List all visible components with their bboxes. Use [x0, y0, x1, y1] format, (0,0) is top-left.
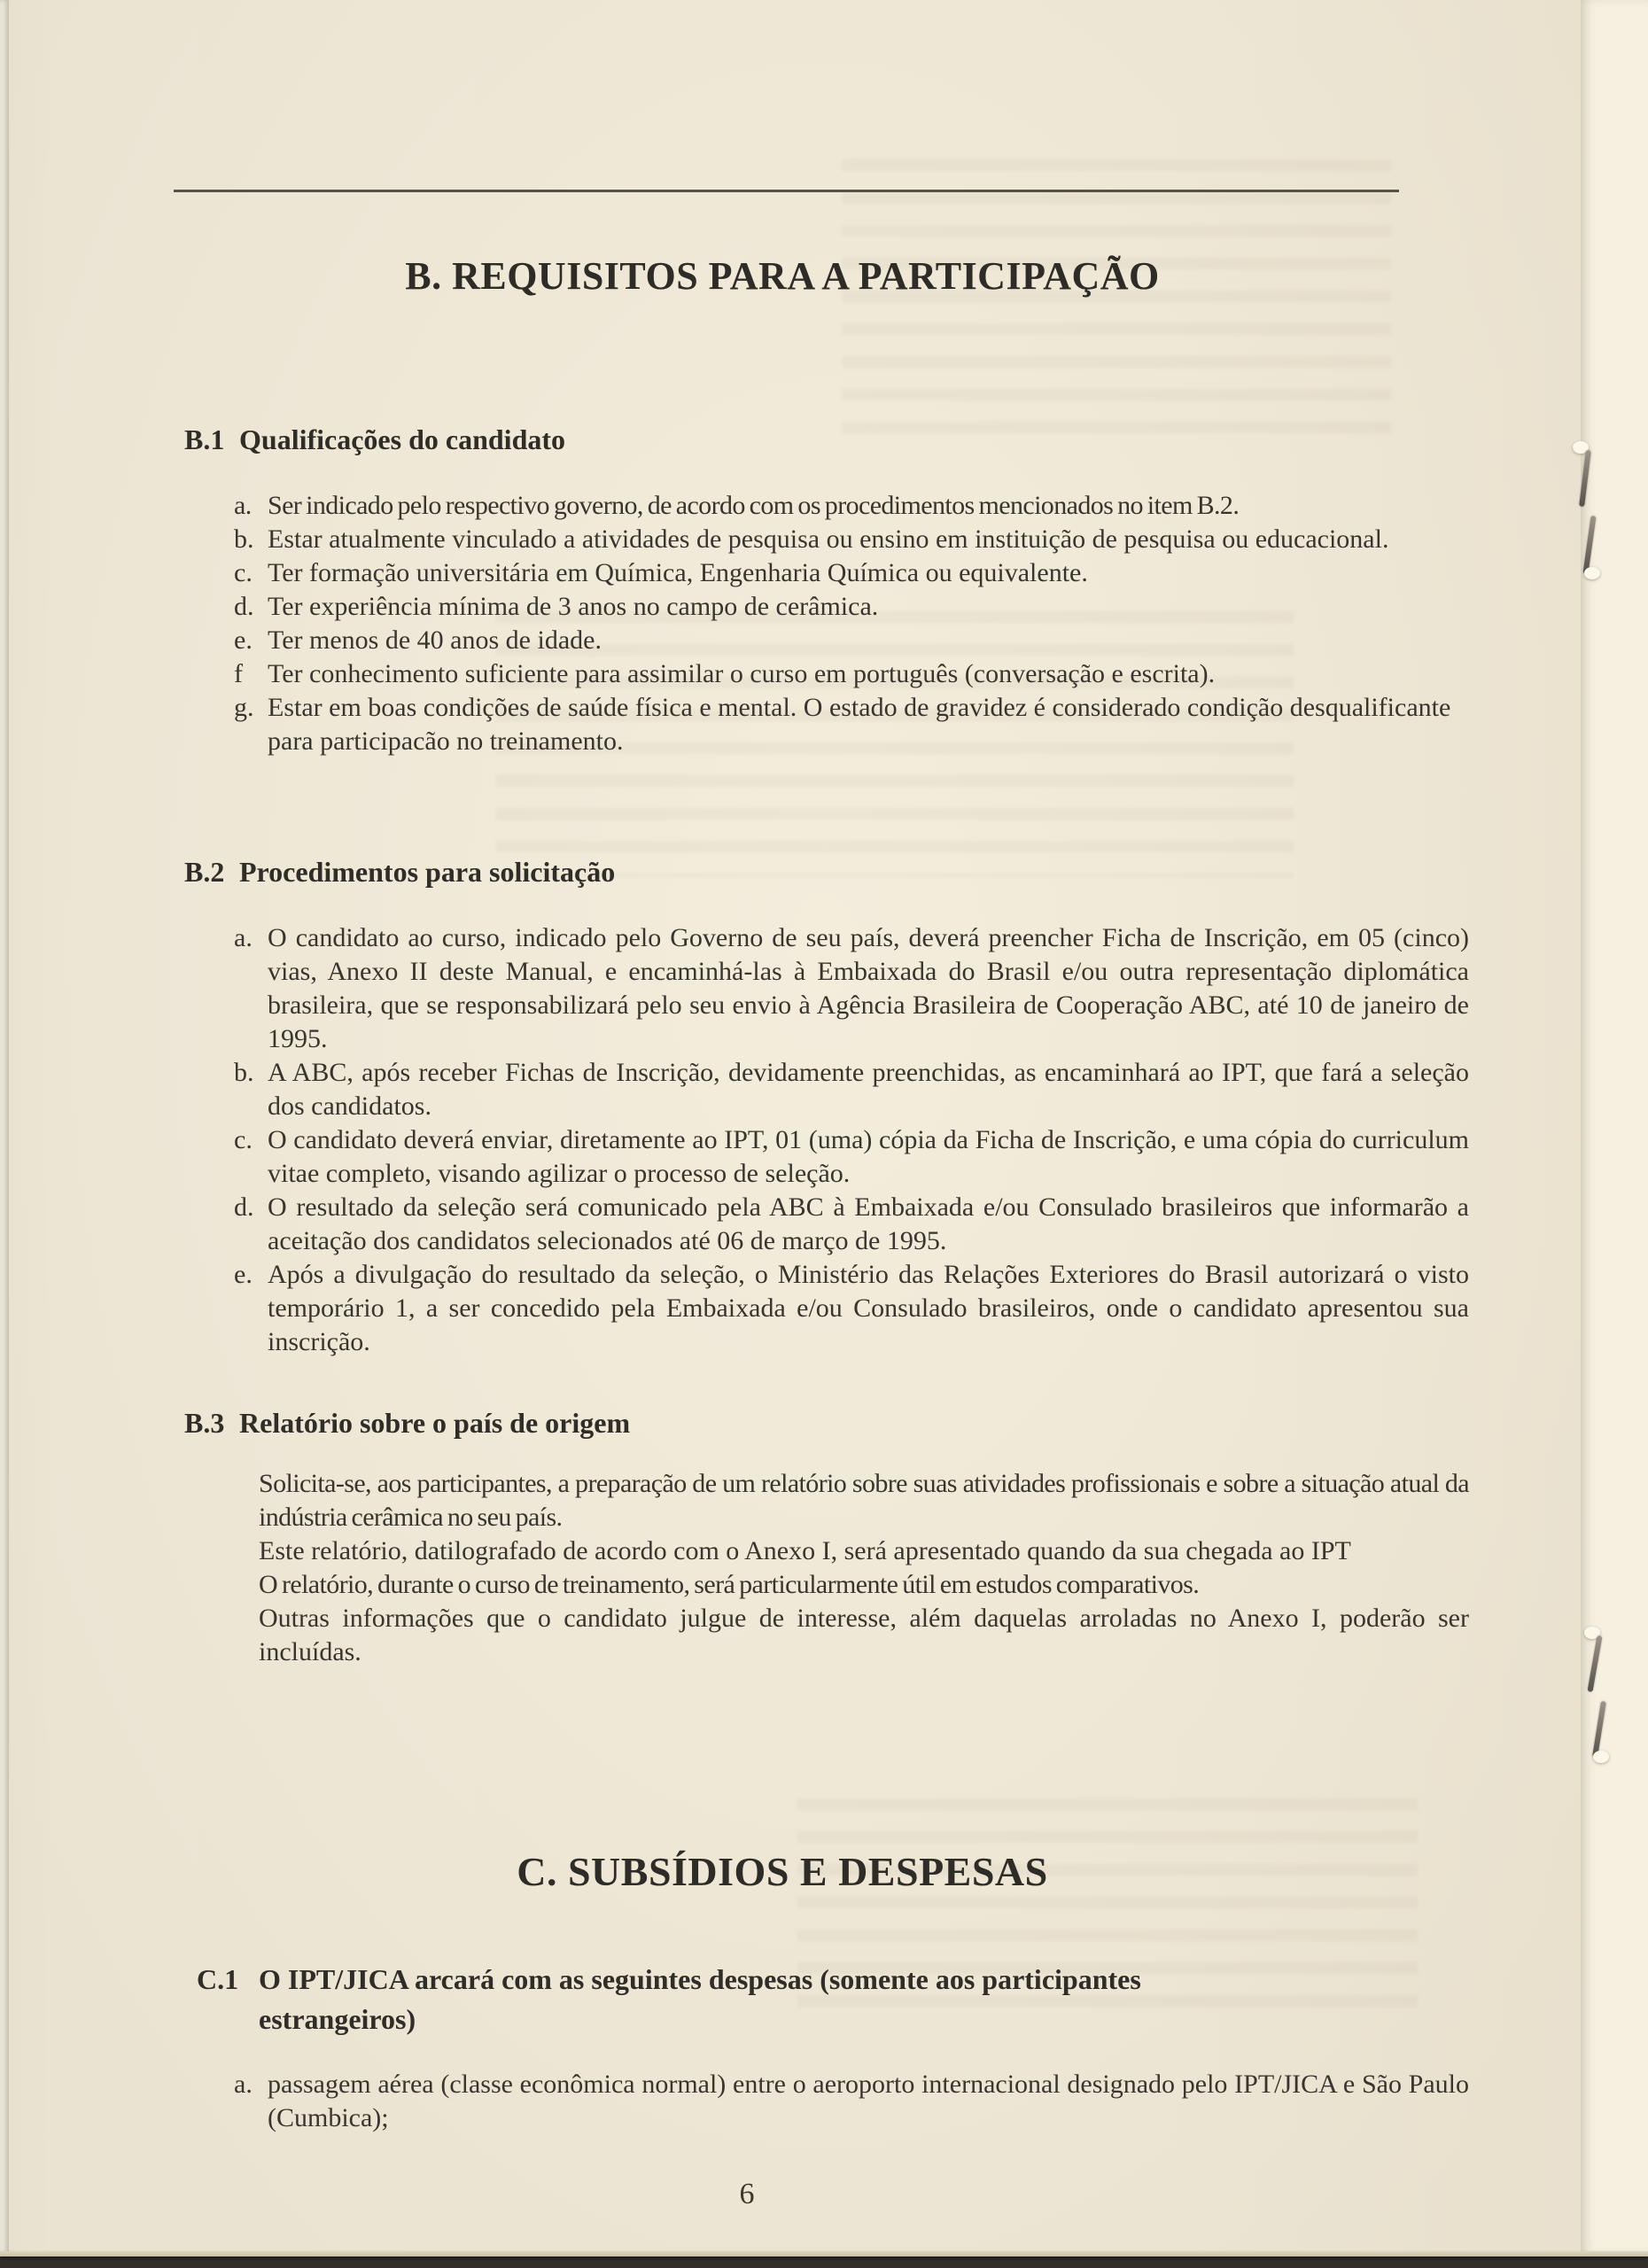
list-item: c.Ter formação universitária em Química,… [229, 556, 1469, 590]
heading-b3-number: B.3 [184, 1407, 239, 1440]
item-text: Ter experiência mínima de 3 anos no camp… [268, 592, 878, 621]
item-marker: g. [234, 691, 254, 725]
heading-b2-number: B.2 [184, 856, 239, 889]
section-c-title: C. SUBSÍDIOS E DESPESAS [184, 1848, 1380, 1895]
list-item: d.Ter experiência mínima de 3 anos no ca… [229, 590, 1469, 624]
item-text: Após a divulgação do resultado da seleçã… [268, 1260, 1469, 1356]
item-marker: b. [234, 1056, 254, 1090]
paragraph: Este relatório, datilografado de acordo … [259, 1534, 1469, 1568]
list-b2: a.O candidato ao curso, indicado pelo Go… [229, 921, 1469, 1359]
list-item: b.Estar atualmente vinculado a atividade… [229, 523, 1469, 556]
item-marker: c. [234, 556, 253, 590]
heading-c1: C.1O IPT/JICA arcará com as seguintes de… [197, 1960, 1287, 2039]
item-text: Ser indicado pelo respectivo governo, de… [268, 491, 1239, 520]
item-text: O resultado da seleção será comunicado p… [268, 1192, 1469, 1255]
item-text: Ter menos de 40 anos de idade. [268, 625, 602, 655]
item-marker: e. [234, 624, 253, 657]
list-c1: a.passagem aérea (classe econômica norma… [229, 2068, 1469, 2135]
list-item: b.A ABC, após receber Fichas de Inscriçã… [229, 1056, 1469, 1123]
heading-b2-text: Procedimentos para solicitação [239, 856, 615, 888]
heading-b1-number: B.1 [184, 423, 239, 456]
section-b3-paragraphs: Solicita-se, aos participantes, a prepar… [259, 1467, 1469, 1669]
list-item: d.O resultado da seleção será comunicado… [229, 1191, 1469, 1258]
staple-punch-hole [1593, 1751, 1609, 1763]
list-item: e.Ter menos de 40 anos de idade. [229, 624, 1469, 657]
page-fold-crease [1581, 0, 1648, 2255]
item-marker: a. [234, 921, 253, 955]
heading-b1: B.1Qualificações do candidato [184, 423, 565, 456]
list-item: a.O candidato ao curso, indicado pelo Go… [229, 921, 1469, 1056]
heading-c1-text: O IPT/JICA arcará com as seguintes despe… [259, 1960, 1287, 2039]
item-text: Estar em boas condições de saúde física … [268, 693, 1450, 756]
section-b-title: B. REQUISITOS PARA A PARTICIPAÇÃO [184, 253, 1380, 299]
list-item: c.O candidato deverá enviar, diretamente… [229, 1123, 1469, 1191]
page-left-edge [0, 0, 9, 2255]
paragraph: Outras informações que o candidato julgu… [259, 1602, 1469, 1669]
list-item: a.Ser indicado pelo respectivo governo, … [229, 489, 1469, 523]
item-marker: a. [234, 489, 252, 523]
list-b1: a.Ser indicado pelo respectivo governo, … [229, 489, 1469, 758]
page-number: 6 [184, 2178, 1310, 2211]
heading-b1-text: Qualificações do candidato [239, 423, 565, 455]
item-marker: a. [234, 2068, 253, 2101]
item-text: A ABC, após receber Fichas de Inscrição,… [268, 1058, 1469, 1121]
list-item: a.passagem aérea (classe econômica norma… [229, 2068, 1469, 2135]
heading-b3-text: Relatório sobre o país de origem [239, 1407, 630, 1439]
paragraph: Solicita-se, aos participantes, a prepar… [259, 1467, 1469, 1534]
paragraph: O relatório, durante o curso de treiname… [259, 1568, 1469, 1602]
item-text: Estar atualmente vinculado a atividades … [268, 524, 1388, 554]
item-text: passagem aérea (classe econômica normal)… [268, 2070, 1469, 2132]
item-text: Ter conhecimento suficiente para assimil… [268, 659, 1215, 688]
item-marker: d. [234, 590, 254, 624]
item-marker: e. [234, 1258, 253, 1292]
top-horizontal-rule [174, 190, 1399, 192]
item-marker: d. [234, 1191, 254, 1224]
heading-b3: B.3Relatório sobre o país de origem [184, 1407, 630, 1440]
item-marker: c. [234, 1123, 253, 1157]
item-text: Ter formação universitária em Química, E… [268, 558, 1088, 587]
item-text: O candidato ao curso, indicado pelo Gove… [268, 923, 1469, 1053]
list-item: g.Estar em boas condições de saúde físic… [229, 691, 1469, 758]
item-marker: b. [234, 523, 254, 556]
item-text: O candidato deverá enviar, diretamente a… [268, 1125, 1469, 1188]
heading-c1-number: C.1 [197, 1960, 238, 2000]
list-item: e.Após a divulgação do resultado da sele… [229, 1258, 1469, 1359]
staple-punch-hole [1584, 567, 1600, 579]
list-item: fTer conhecimento suficiente para assimi… [229, 657, 1469, 691]
heading-b2: B.2Procedimentos para solicitação [184, 856, 615, 889]
item-marker: f [234, 657, 243, 691]
page-bottom-edge [0, 2251, 1648, 2256]
